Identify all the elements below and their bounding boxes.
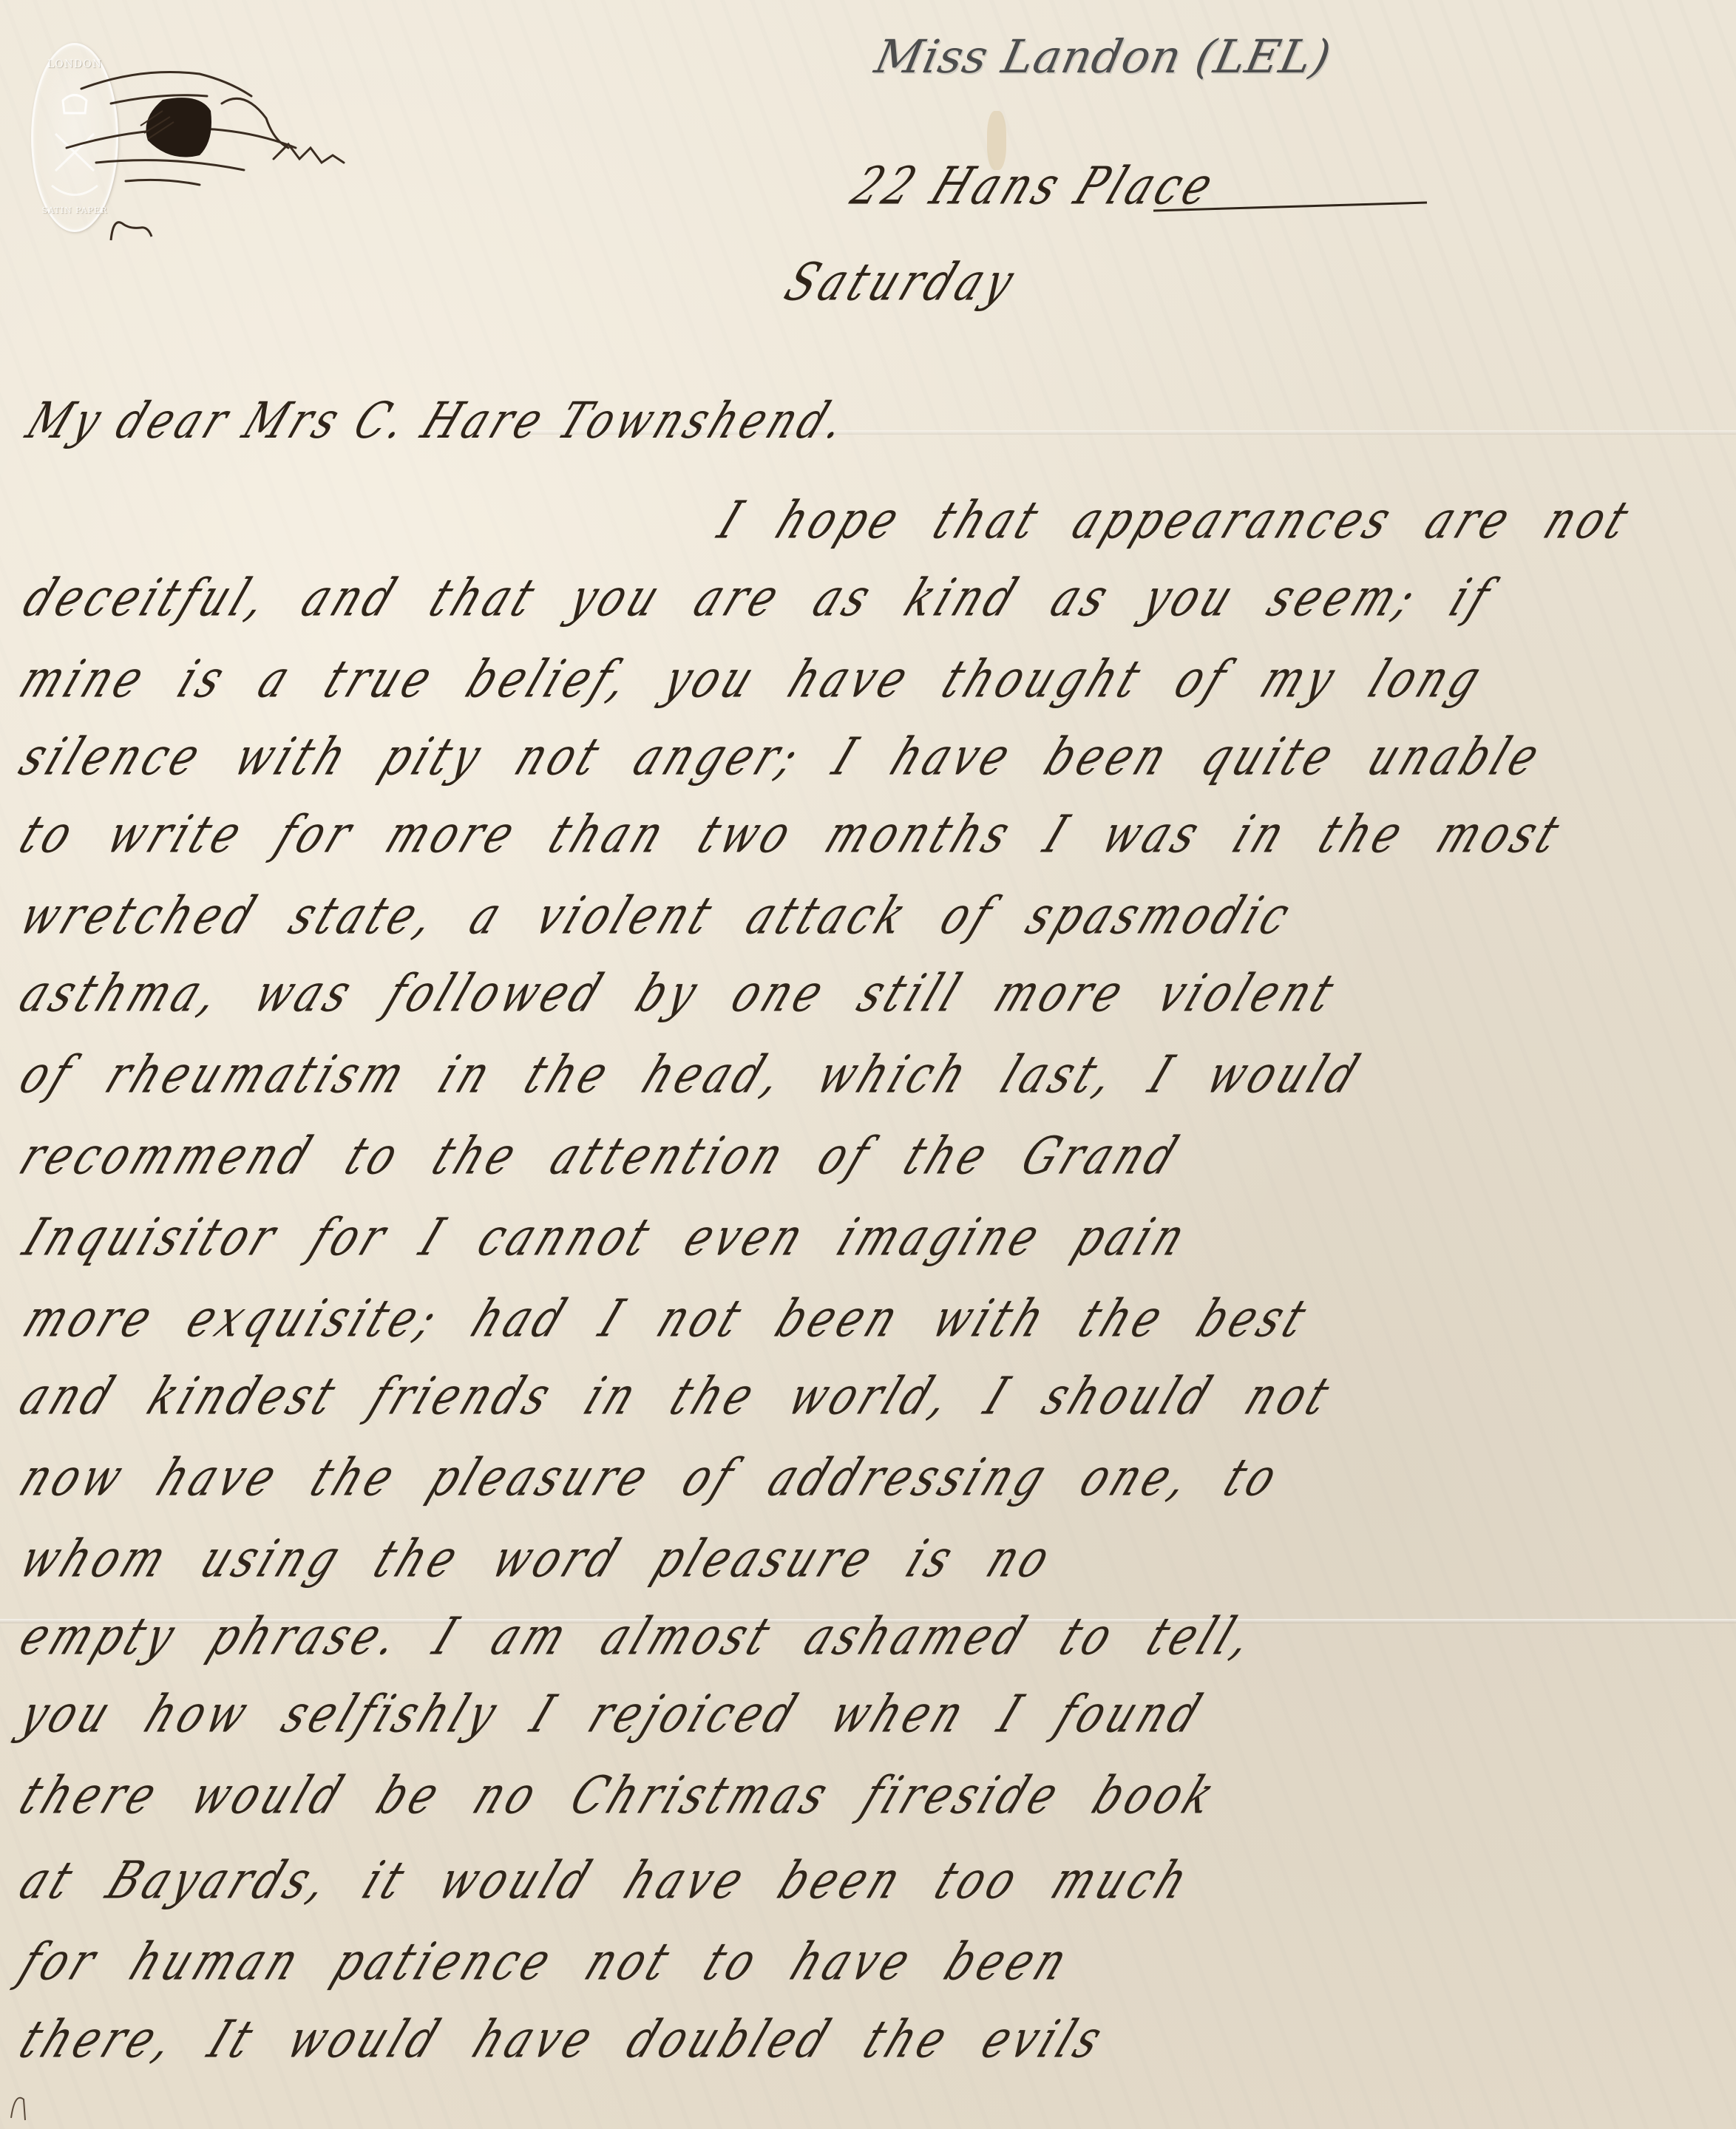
body-line: there, It would have doubled the evils xyxy=(11,2010,1115,2070)
pencil-annotation: Miss Landon (LEL) xyxy=(870,30,1336,84)
body-line: wretched state, a violent attack of spas… xyxy=(11,886,1303,946)
body-line: recommend to the attention of the Grand xyxy=(11,1127,1190,1186)
body-line: to write for more than two months I was … xyxy=(11,805,1572,865)
ink-mark-icon xyxy=(7,2085,37,2122)
landscape-sketch-icon xyxy=(52,52,355,200)
salutation: My dear Mrs C. Hare Townshend. xyxy=(18,391,859,449)
body-line: of rheumatism in the head, which last, I… xyxy=(11,1045,1371,1105)
body-line: mine is a true belief, you have thought … xyxy=(11,650,1493,710)
body-line: for human patience not to have been xyxy=(11,1932,1080,1992)
pen-flourish-icon xyxy=(107,214,159,244)
body-line: there would be no Christmas fireside boo… xyxy=(11,1766,1227,1826)
seal-bottom-text: SATIN PAPER xyxy=(33,206,116,215)
body-line: deceitful, and that you are as kind as y… xyxy=(15,568,1503,628)
address-underline xyxy=(1153,200,1434,214)
body-line: I hope that appearances are not xyxy=(710,491,1641,551)
body-line: empty phrase. I am almost ashamed to tel… xyxy=(11,1607,1266,1667)
body-line: you how selfishly I rejoiced when I foun… xyxy=(11,1685,1213,1745)
body-line: at Bayards, it would have been too much xyxy=(11,1851,1201,1911)
body-line: silence with pity not anger; I have been… xyxy=(11,727,1552,787)
body-line: more exquisite; had I not been with the … xyxy=(15,1289,1319,1349)
body-line: asthma, was followed by one still more v… xyxy=(11,964,1346,1024)
body-line: now have the pleasure of addressing one,… xyxy=(11,1448,1290,1508)
letter-page: LONDON SATIN PAPER Miss Landon (LEL) 22 … xyxy=(0,0,1736,2129)
body-line: whom using the word pleasure is no xyxy=(11,1529,1062,1589)
body-line: and kindest friends in the world, I shou… xyxy=(11,1367,1342,1427)
body-line: Inquisitor for I cannot even imagine pai… xyxy=(15,1208,1198,1268)
letter-date: Saturday xyxy=(776,253,1027,313)
